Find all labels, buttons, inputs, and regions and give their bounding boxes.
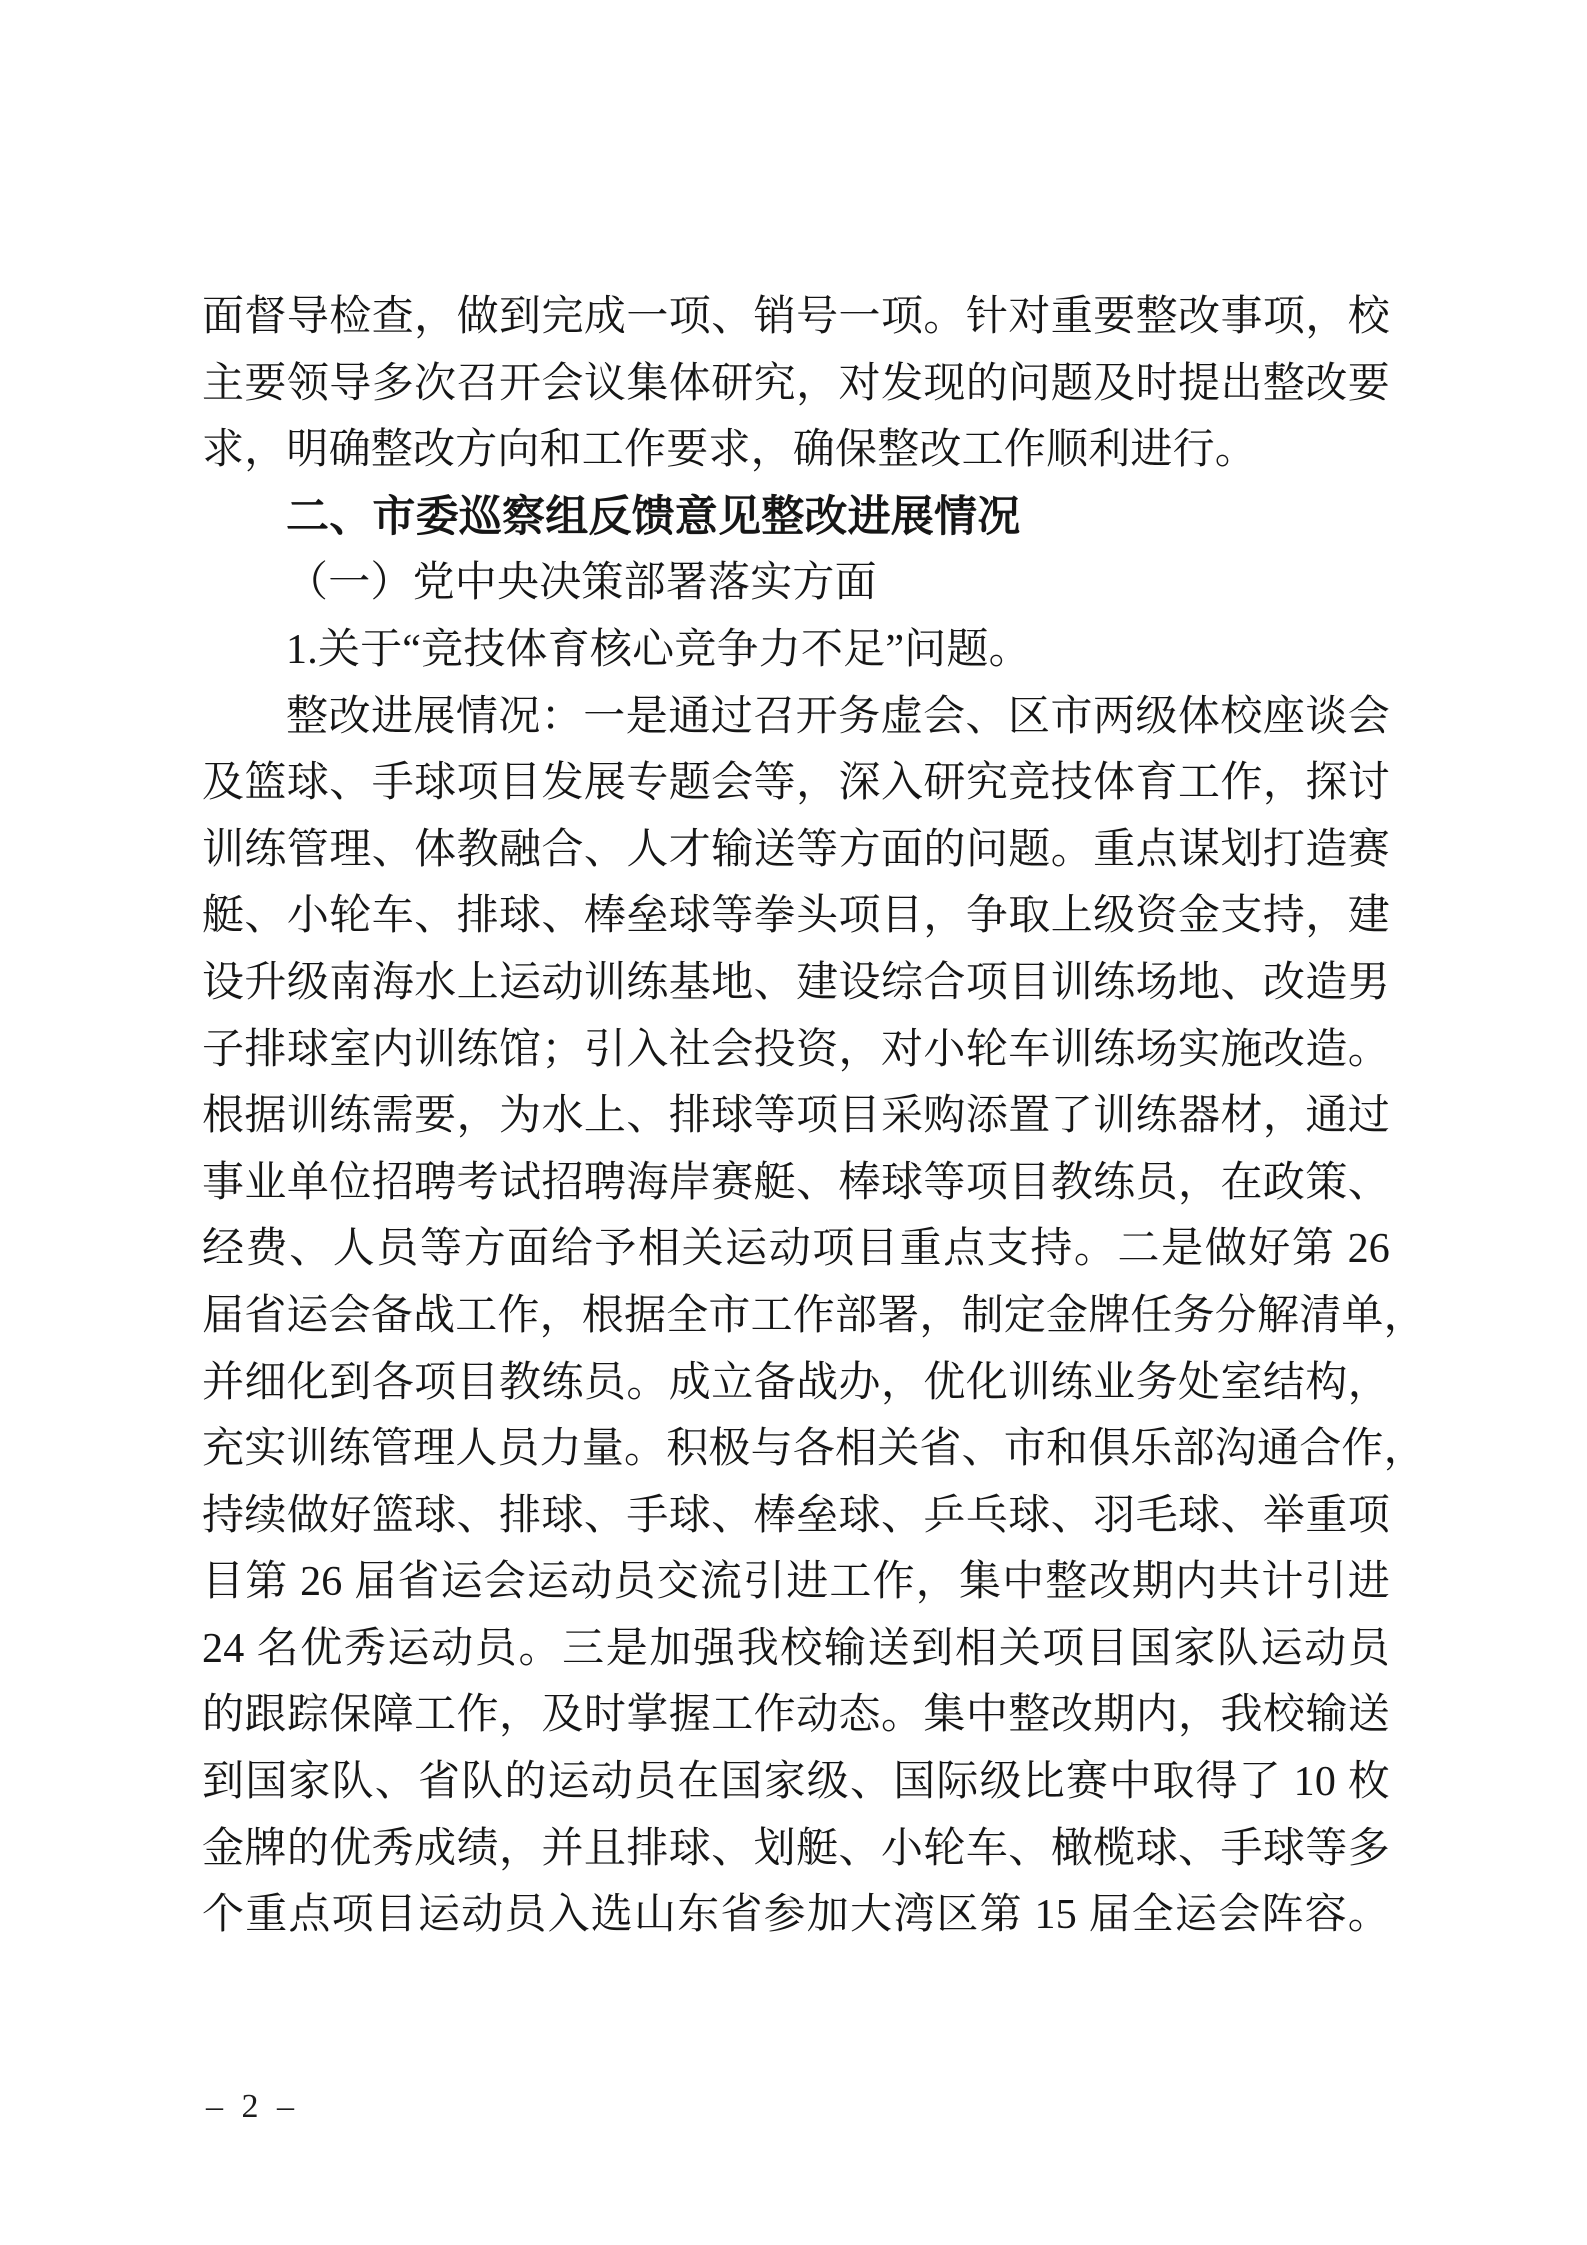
subsection-heading: （一）党中央决策部署落实方面 (202, 550, 1390, 617)
page-number: – 2 – (206, 2088, 299, 2126)
text-line: 整改进展情况：一是通过召开务虚会、区市两级体校座谈会 (202, 684, 1390, 751)
text-line: 艇、小轮车、排球、棒垒球等拳头项目，争取上级资金支持，建 (202, 883, 1390, 950)
text-line: 的跟踪保障工作，及时掌握工作动态。集中整改期内，我校输送 (202, 1682, 1390, 1749)
text-line: 充实训练管理人员力量。积极与各相关省、市和俱乐部沟通合作， (202, 1416, 1390, 1483)
section-heading: 二、市委巡察组反馈意见整改进展情况 (202, 484, 1390, 551)
text-line: 持续做好篮球、排球、手球、棒垒球、乒乓球、羽毛球、举重项 (202, 1483, 1390, 1550)
text-line: 目第 26 届省运会运动员交流引进工作，集中整改期内共计引进 (202, 1549, 1390, 1616)
text-line: 设升级南海水上运动训练基地、建设综合项目训练场地、改造男 (202, 950, 1390, 1017)
item-heading: 1.关于“竞技体育核心竞争力不足”问题。 (202, 617, 1390, 684)
text-line: 届省运会备战工作，根据全市工作部署，制定金牌任务分解清单， (202, 1283, 1390, 1350)
text-line: 个重点项目运动员入选山东省参加大湾区第 15 届全运会阵容。 (202, 1882, 1390, 1949)
text-line: 到国家队、省队的运动员在国家级、国际级比赛中取得了 10 枚 (202, 1749, 1390, 1816)
text-line: 及篮球、手球项目发展专题会等，深入研究竞技体育工作，探讨 (202, 750, 1390, 817)
document-page: 面督导检查，做到完成一项、销号一项。针对重要整改事项，校 主要领导多次召开会议集… (0, 0, 1587, 2245)
text-line: 面督导检查，做到完成一项、销号一项。针对重要整改事项，校 (202, 284, 1390, 351)
text-line: 24 名优秀运动员。三是加强我校输送到相关项目国家队运动员 (202, 1616, 1390, 1683)
text-line: 子排球室内训练馆；引入社会投资，对小轮车训练场实施改造。 (202, 1017, 1390, 1084)
text-line: 根据训练需要，为水上、排球等项目采购添置了训练器材，通过 (202, 1083, 1390, 1150)
text-line: 求，明确整改方向和工作要求，确保整改工作顺利进行。 (202, 417, 1390, 484)
text-line: 金牌的优秀成绩，并且排球、划艇、小轮车、橄榄球、手球等多 (202, 1816, 1390, 1883)
document-body-text: 面督导检查，做到完成一项、销号一项。针对重要整改事项，校 主要领导多次召开会议集… (202, 284, 1390, 1949)
text-line: 事业单位招聘考试招聘海岸赛艇、棒球等项目教练员，在政策、 (202, 1150, 1390, 1217)
text-line: 并细化到各项目教练员。成立备战办，优化训练业务处室结构， (202, 1350, 1390, 1417)
text-line: 训练管理、体教融合、人才输送等方面的问题。重点谋划打造赛 (202, 817, 1390, 884)
text-line: 经费、人员等方面给予相关运动项目重点支持。二是做好第 26 (202, 1216, 1390, 1283)
text-line: 主要领导多次召开会议集体研究，对发现的问题及时提出整改要 (202, 351, 1390, 418)
